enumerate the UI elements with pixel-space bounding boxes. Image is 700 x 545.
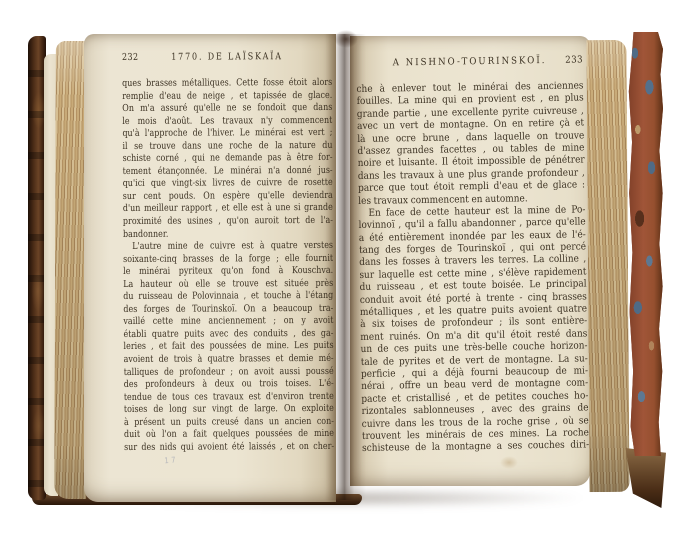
marbled-board-edge xyxy=(627,32,663,456)
text-line: des profondeurs à deux ou trois toises. … xyxy=(124,378,334,392)
text-line: tendue de tous ces travaux est d'environ… xyxy=(124,391,334,405)
text-line: le mois d'août. Les travaux n'y commence… xyxy=(122,115,332,129)
left-page-text: ques brasses métalliques. Cette fosse ét… xyxy=(122,77,334,455)
text-line: schisteuse de la montagne a ses couches … xyxy=(362,440,589,456)
text-line: ques brasses métalliques. Cette fosse ét… xyxy=(122,77,332,91)
text-line: avoient de trois à quatre brasses et dem… xyxy=(124,353,334,367)
text-line: schiste corné , qui ne demande pas à êtr… xyxy=(123,152,333,166)
left-page: 232 1770. DE LAÏSKAÏA ques brasses métal… xyxy=(84,34,336,502)
text-line: qu'ici que vingt-six livres de cuivre de… xyxy=(123,177,333,191)
text-line: du ruisseau de Polovinnaia , et touche à… xyxy=(123,290,333,304)
text-line: bandonner. xyxy=(123,227,333,241)
text-line: il se trouve dans une roche de la nature… xyxy=(122,140,332,154)
text-line: leries , et fait des poussées de mine. L… xyxy=(124,340,334,354)
open-book: 232 1770. DE LAÏSKAÏA ques brasses métal… xyxy=(28,30,668,508)
text-line: le minérai pyriteux qu'on fond à Kouschv… xyxy=(123,265,333,279)
text-line: On m'a assuré qu'elle ne se fondoit que … xyxy=(122,102,332,116)
left-running-header: 232 1770. DE LAÏSKAÏA xyxy=(122,51,332,66)
page-stain xyxy=(500,456,518,469)
text-line: vaillé cette mine anciennement ; on y av… xyxy=(123,315,333,329)
right-running-title: A NISHNO-TOURINSKOÏ. xyxy=(356,54,583,69)
text-line: tement étançonnée. Le minérai n'a donné … xyxy=(123,165,333,179)
text-line: sur des nids qui avoient été laissés , e… xyxy=(124,441,334,455)
right-text-block: A NISHNO-TOURINSKOÏ. 233 che à enlever t… xyxy=(356,54,589,455)
text-line: La hauteur où elle se trouve est située … xyxy=(123,278,333,292)
text-line: des forges de Tourinskoï. On a beaucoup … xyxy=(123,303,333,317)
pencil-annotation: 17 xyxy=(164,455,178,465)
left-text-block: 232 1770. DE LAÏSKAÏA ques brasses métal… xyxy=(122,51,334,455)
text-line: L'autre mine de cuivre est à quatre vers… xyxy=(123,240,333,254)
text-line: sur cent pouds. On espère qu'elle devien… xyxy=(123,190,333,204)
text-line: proximité des usines , qu'on auroit tort… xyxy=(123,215,333,229)
right-page: A NISHNO-TOURINSKOÏ. 233 che à enlever t… xyxy=(350,36,590,486)
text-line: toises de long sur vingt de large. On ex… xyxy=(124,403,334,417)
text-line: talliques de profondeur ; on avoit aussi… xyxy=(124,365,334,379)
right-running-header: A NISHNO-TOURINSKOÏ. 233 xyxy=(356,54,583,72)
text-line: à présent un puits creusé dans un ancien… xyxy=(124,416,334,430)
text-line: d'un meilleur rapport , et elle est à un… xyxy=(123,202,333,216)
background: 232 1770. DE LAÏSKAÏA ques brasses métal… xyxy=(0,0,700,545)
left-page-number: 232 xyxy=(122,52,139,63)
right-page-number: 233 xyxy=(565,54,583,65)
left-page-edges xyxy=(54,41,88,499)
fore-edge xyxy=(586,40,629,492)
text-line: soixante-cinq brasses de la forge ; elle… xyxy=(123,253,333,267)
text-line: duit où l'on a fait quelques poussées de… xyxy=(124,428,334,442)
right-page-text: che à enlever tout le minérai des ancien… xyxy=(356,80,589,455)
left-running-title: 1770. DE LAÏSKAÏA xyxy=(122,51,332,63)
text-line: remplie d'eau de neige , et tapissée de … xyxy=(122,89,332,103)
text-line: qu'à l'approche de l'hiver. Le minérai e… xyxy=(122,127,332,141)
text-line: établi quatre puits avec des conduits , … xyxy=(123,328,333,342)
